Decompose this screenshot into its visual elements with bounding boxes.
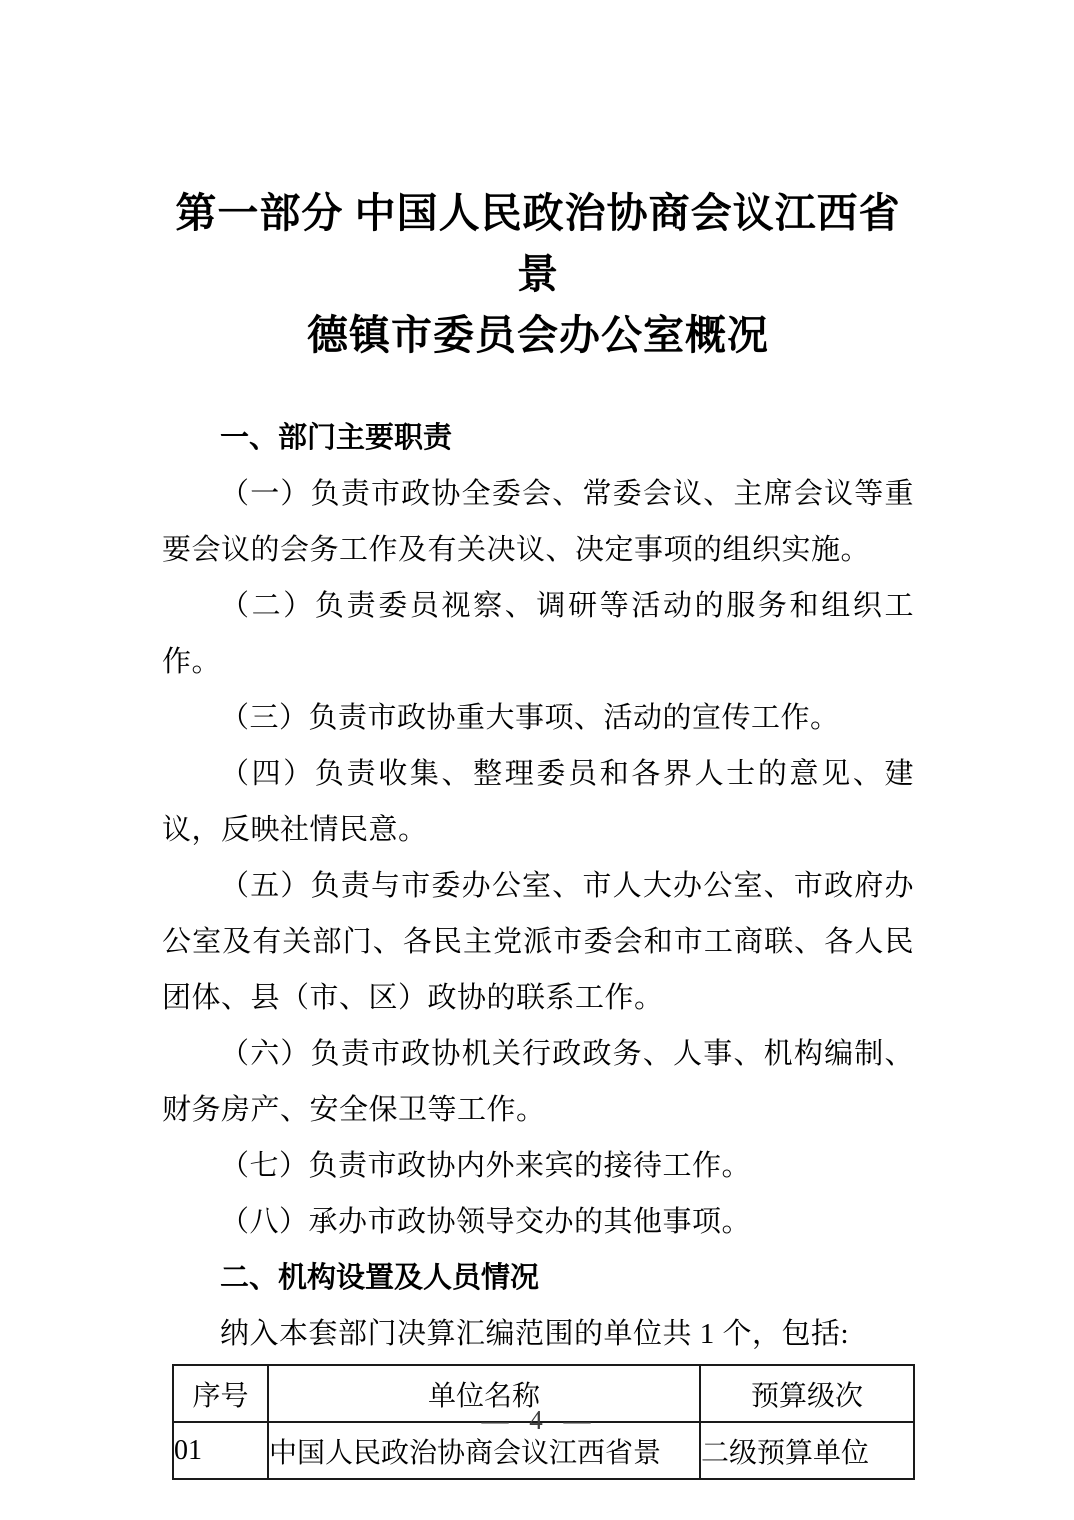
- document-title: 第一部分 中国人民政治协商会议江西省景 德镇市委员会办公室概况: [162, 183, 914, 366]
- duty-paragraph-4: （四）负责收集、整理委员和各界人士的意见、建议，反映社情民意。: [162, 746, 914, 858]
- document-page: 第一部分 中国人民政治协商会议江西省景 德镇市委员会办公室概况 一、部门主要职责…: [0, 0, 1074, 1520]
- duty-paragraph-8: （八）承办市政协领导交办的其他事项。: [162, 1194, 914, 1250]
- section-heading-organization: 二、机构设置及人员情况: [162, 1250, 914, 1306]
- document-title-line-2: 德镇市委员会办公室概况: [162, 305, 914, 366]
- section-heading-duties: 一、部门主要职责: [162, 410, 914, 466]
- duty-paragraph-7: （七）负责市政协内外来宾的接待工作。: [162, 1138, 914, 1194]
- duty-paragraph-3: （三）负责市政协重大事项、活动的宣传工作。: [162, 690, 914, 746]
- duty-paragraph-6: （六）负责市政协机关行政政务、人事、机构编制、财务房产、安全保卫等工作。: [162, 1026, 914, 1138]
- duty-paragraph-5: （五）负责与市委办公室、市人大办公室、市政府办公室及有关部门、各民主党派市委会和…: [162, 858, 914, 1026]
- duty-paragraph-2: （二）负责委员视察、调研等活动的服务和组织工作。: [162, 578, 914, 690]
- document-title-line-1: 第一部分 中国人民政治协商会议江西省景: [162, 183, 914, 305]
- page-content: 第一部分 中国人民政治协商会议江西省景 德镇市委员会办公室概况 一、部门主要职责…: [0, 0, 1074, 1480]
- organization-intro-paragraph: 纳入本套部门决算汇编范围的单位共 1 个，包括:: [162, 1306, 914, 1362]
- duty-paragraph-1: （一）负责市政协全委会、常委会议、主席会议等重要会议的会务工作及有关决议、决定事…: [162, 466, 914, 578]
- page-number-footer: — 4 —: [0, 1405, 1074, 1436]
